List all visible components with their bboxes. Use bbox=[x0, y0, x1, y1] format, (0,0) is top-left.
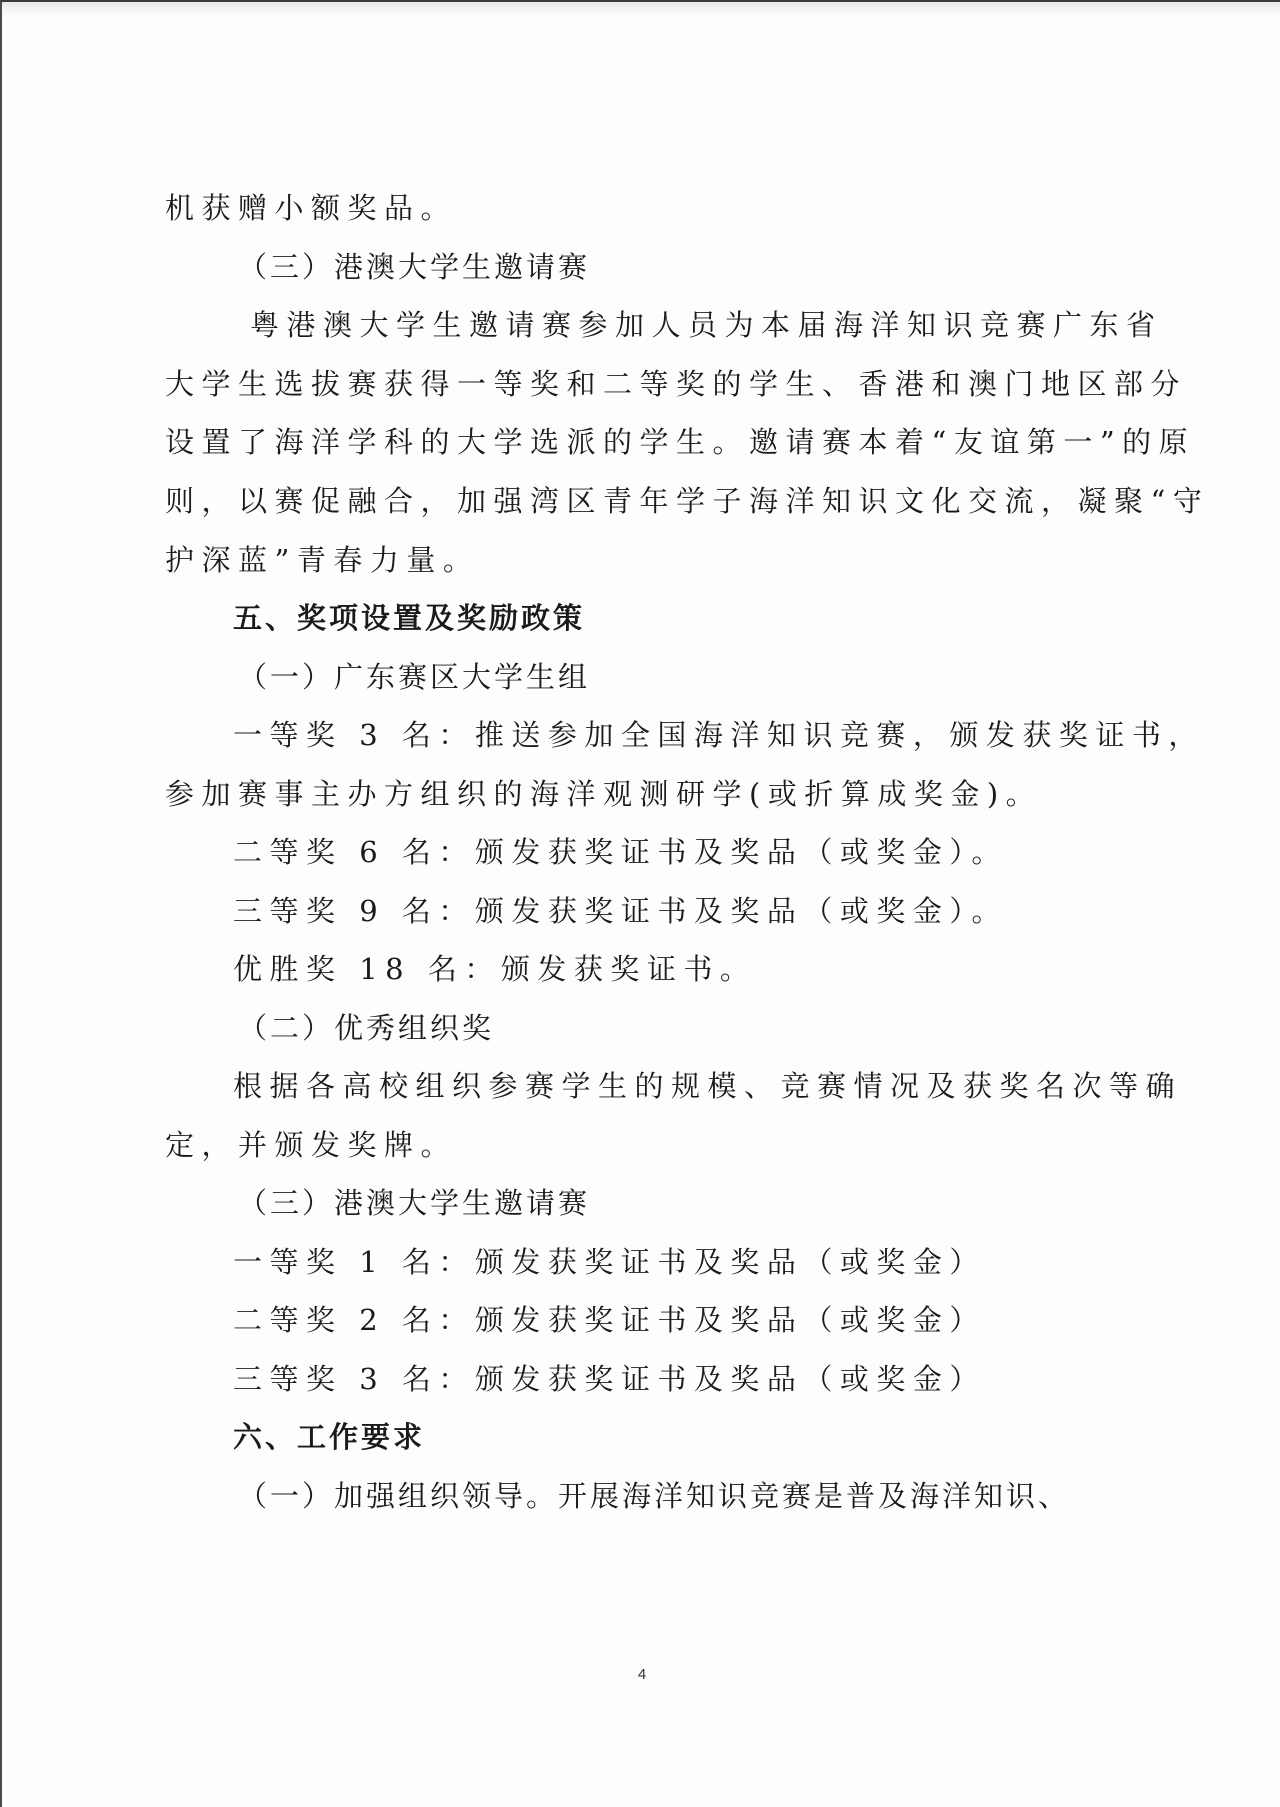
section-heading: 六、工作要求 bbox=[233, 1408, 1280, 1466]
text-line: 一等奖 1 名：颁发获奖证书及奖品（或奖金） bbox=[233, 1233, 1280, 1291]
text-line: 参加赛事主办方组织的海洋观测研学(或折算成奖金)。 bbox=[165, 765, 1280, 823]
subheading-line: （一）广东赛区大学生组 bbox=[238, 648, 1280, 706]
text-line: 护深蓝”青春力量。 bbox=[165, 531, 1280, 589]
text-line: 定，并颁发奖牌。 bbox=[165, 1116, 1280, 1174]
subheading-line: （二）优秀组织奖 bbox=[238, 999, 1280, 1057]
text-line: 设置了海洋学科的大学选派的学生。邀请赛本着“友谊第一”的原 bbox=[165, 413, 1280, 471]
text-line: 三等奖 9 名：颁发获奖证书及奖品（或奖金）。 bbox=[233, 882, 1280, 940]
subheading-line: （三）港澳大学生邀请赛 bbox=[238, 1174, 1280, 1232]
section-heading: 五、奖项设置及奖励政策 bbox=[233, 589, 1280, 647]
text-line: 大学生选拔赛获得一等奖和二等奖的学生、香港和澳门地区部分 bbox=[165, 355, 1280, 413]
page-number: 4 bbox=[2, 1666, 1280, 1683]
text-line: 三等奖 3 名：颁发获奖证书及奖品（或奖金） bbox=[233, 1350, 1280, 1408]
text-line: 二等奖 6 名：颁发获奖证书及奖品（或奖金）。 bbox=[233, 823, 1280, 881]
text-line: 粤港澳大学生邀请赛参加人员为本届海洋知识竞赛广东省 bbox=[250, 296, 1280, 354]
scan-edge-shadow bbox=[2, 2, 1280, 16]
document-page: 机获赠小额奖品。 （三）港澳大学生邀请赛 粤港澳大学生邀请赛参加人员为本届海洋知… bbox=[0, 0, 1280, 1807]
text-line: 机获赠小额奖品。 bbox=[165, 179, 1280, 237]
text-line: 根据各高校组织参赛学生的规模、竞赛情况及获奖名次等确 bbox=[233, 1057, 1280, 1115]
text-line: 二等奖 2 名：颁发获奖证书及奖品（或奖金） bbox=[233, 1291, 1280, 1349]
subheading-line: （三）港澳大学生邀请赛 bbox=[238, 238, 1280, 296]
text-line: 优胜奖 18 名：颁发获奖证书。 bbox=[233, 940, 1280, 998]
text-line: 一等奖 3 名：推送参加全国海洋知识竞赛，颁发获奖证书， bbox=[233, 706, 1280, 764]
subheading-line: （一）加强组织领导。开展海洋知识竞赛是普及海洋知识、 bbox=[238, 1467, 1280, 1525]
text-line: 则，以赛促融合，加强湾区青年学子海洋知识文化交流，凝聚“守 bbox=[165, 472, 1280, 530]
